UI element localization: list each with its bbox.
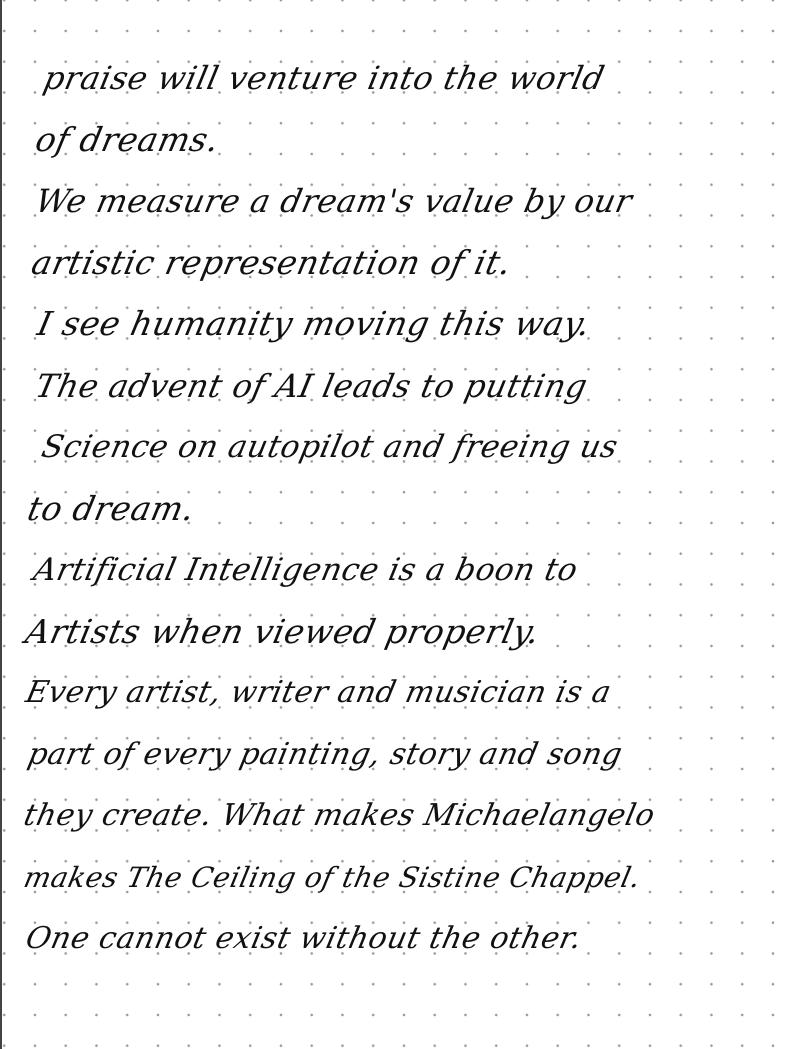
handwritten-line: Every artist, writer and musician is a <box>22 673 615 713</box>
handwritten-line: Artists when viewed properly. <box>22 612 543 652</box>
handwritten-line: makes The Ceiling of the Sistine Chappel… <box>20 858 644 898</box>
handwritten-line: they create. What makes Michaelangelo <box>20 796 659 836</box>
handwritten-line: part of every painting, story and song <box>24 735 626 775</box>
handwritten-line: I see humanity moving this way. <box>34 304 594 344</box>
handwritten-line: to dream. <box>24 489 199 529</box>
handwritten-line: The advent of AI leads to putting <box>32 366 591 406</box>
handwritten-line: Artificial Intelligence is a boon to <box>30 550 582 590</box>
handwritten-line: of dreams. <box>32 120 223 160</box>
handwritten-line: We measure a dream's value by our <box>32 181 636 221</box>
handwritten-line: One cannot exist without the other. <box>22 919 586 959</box>
handwritten-line: artistic representation of it. <box>28 243 515 283</box>
handwritten-line: Science on autopilot and freeing us <box>38 427 622 467</box>
handwritten-line: praise will venture into the world <box>40 58 608 98</box>
dot-grid-page: praise will venture into the world of dr… <box>0 0 801 1049</box>
